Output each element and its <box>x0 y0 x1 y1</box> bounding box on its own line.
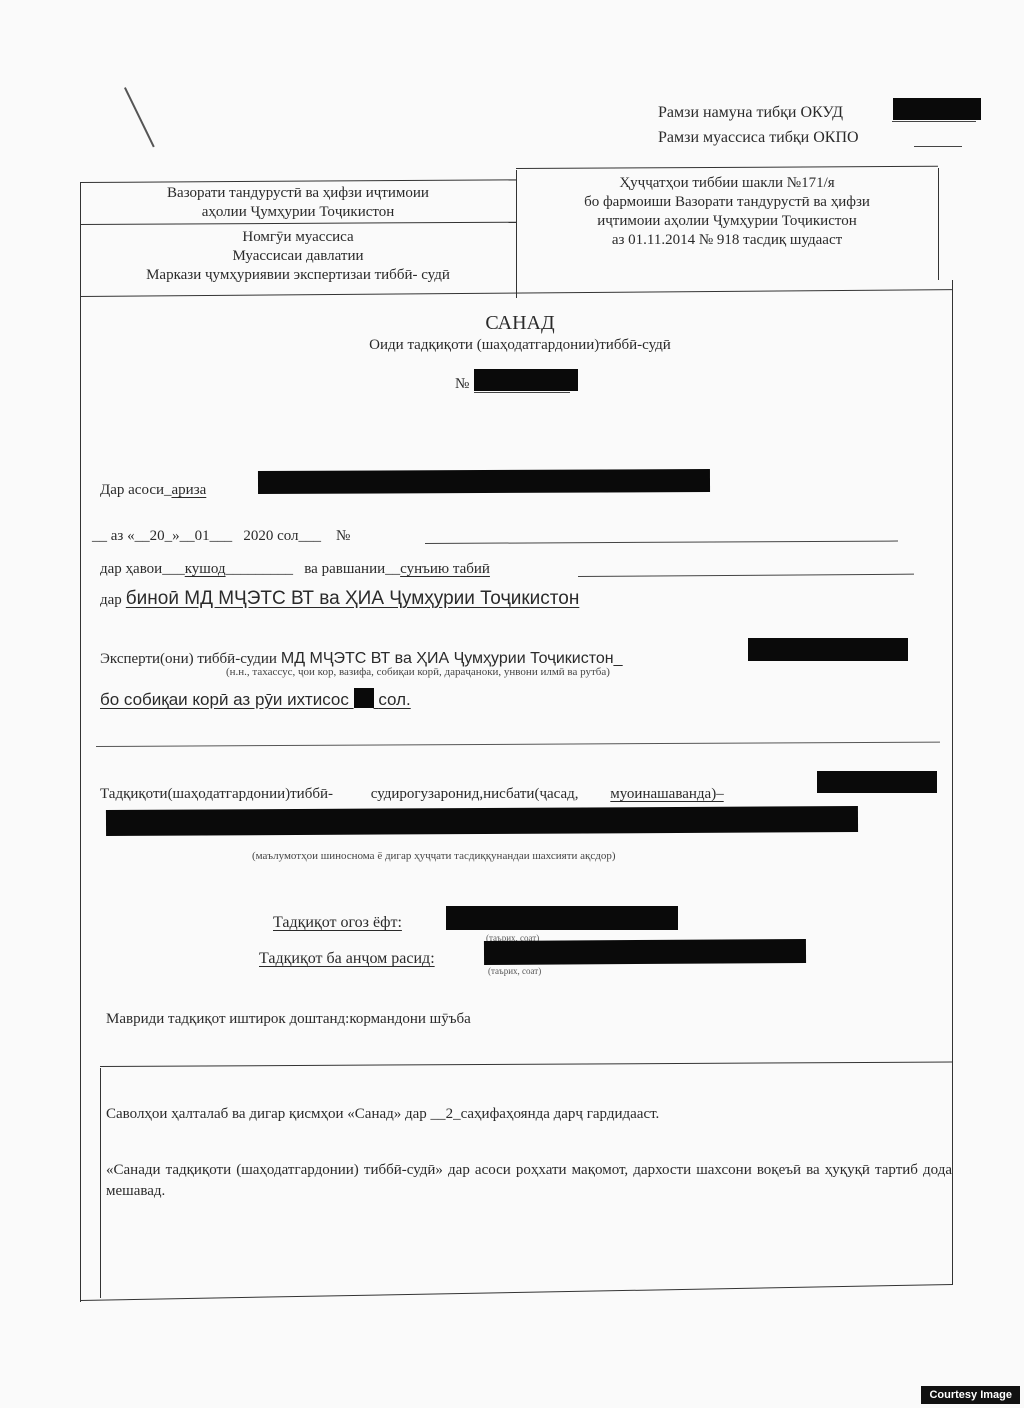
study-end-label: Тадқиқот ба анҷом расид: <box>259 950 435 968</box>
study-start-redaction <box>446 906 678 930</box>
document-subtitle: Оиди тадқиқоти (шаҳодатгардонии)тиббӣ-су… <box>300 337 740 354</box>
identity-redaction <box>106 806 858 836</box>
form-approval-block: Ҳуҷҷатҳои тиббии шакли №171/я бо фармоиш… <box>518 174 936 250</box>
conditions-field: дар ҳавои___кушод_________ ва равшании__… <box>100 561 490 578</box>
okpo-field: Рамзи муассиса тибқи ОКПО <box>658 129 859 147</box>
okpo-underline <box>914 146 962 147</box>
study-label-c: муоинашаванда)– <box>610 786 723 802</box>
experience-value: бо собиқаи корӣ аз рӯи ихтисос сол. <box>100 690 411 709</box>
study-start-label: Тадқиқот огоз ёфт: <box>273 914 402 932</box>
study-end-redaction <box>484 939 806 965</box>
box-top-right <box>516 166 938 169</box>
box-divider <box>516 170 517 298</box>
date-field: __ аз «__20_»__01___ 2020 сол___ № <box>92 528 350 545</box>
experience-years-redaction <box>354 688 374 708</box>
okud-redaction <box>893 98 981 120</box>
date-prefix: __ аз « <box>92 528 135 544</box>
org-line-3: Маркази ҷумҳуриявии экспертизаи тиббӣ- с… <box>82 266 514 285</box>
approval-line-1: Ҳуҷҷатҳои тиббии шакли №171/я <box>518 174 936 193</box>
date-day: 20 <box>150 528 165 544</box>
box-top-left <box>80 179 516 183</box>
experience-suffix: сол. <box>378 690 410 709</box>
document-number-underline <box>474 392 570 393</box>
document-title: САНАД <box>300 312 740 335</box>
image-credit-badge: Courtesy Image <box>921 1386 1020 1404</box>
box-inner-left-edge <box>100 1068 101 1298</box>
experience-field: бо собиқаи корӣ аз рӯи ихтисос сол. <box>100 688 411 710</box>
approval-line-2: бо фармоиши Вазорати тандурустӣ ва ҳифзи <box>518 193 936 212</box>
approval-line-4: аз 01.11.2014 № 918 тасдиқ шудааст <box>518 231 936 250</box>
experience-text: бо собиқаи корӣ аз рӯи ихтисос <box>100 690 349 709</box>
date-number-underline <box>425 541 898 544</box>
document-number-label: № <box>455 376 469 393</box>
okud-field: Рамзи намуна тибқи ОКУД <box>658 104 843 122</box>
location-label: дар <box>100 592 122 608</box>
study-label-b: судирогузаронид,нисбати(ҷасад, <box>371 786 579 802</box>
approval-line-3: иҷтимоии аҳолии Ҷумҳурии Тоҷикистон <box>518 212 936 231</box>
lighting-label: ва равшании <box>304 561 385 577</box>
experts-separator <box>96 742 940 747</box>
experts-value: МД МҶЭТС ВТ ва ҲИА Ҷумҳурии Тоҷикистон_ <box>281 650 623 667</box>
basis-label: Дар асоси <box>100 482 164 498</box>
box-right-edge-top <box>938 168 939 280</box>
participants-separator <box>100 1062 952 1067</box>
pen-stroke-mark <box>124 87 155 147</box>
okpo-label: Рамзи муассиса тибқи ОКПО <box>658 129 859 146</box>
location-value: биноӣ МД МҶЭТС ВТ ва ҲИА Ҷумҳурии Тоҷики… <box>126 588 580 609</box>
issuance-notice: «Санади тадқиқоти (шаҳодатгардонии) тибб… <box>106 1160 952 1202</box>
location-field: дар биноӣ МД МҶЭТС ВТ ва ҲИА Ҷумҳурии То… <box>100 588 579 610</box>
date-number-label: № <box>336 528 350 544</box>
okud-underline <box>892 121 976 122</box>
lighting-value: сунъию табиӣ <box>400 561 490 577</box>
box-bottom-edge <box>80 1284 953 1301</box>
basis-field: Дар асоси_ариза <box>100 482 206 499</box>
identity-hint: (маълумотҳои шиноснома ё дигар ҳуҷҷати т… <box>252 850 616 862</box>
org-line-2: Муассисаи давлатии <box>82 247 514 266</box>
pages-prefix: Саволҳои ҳалталаб ва дигар қисмҳои «Сана… <box>106 1106 446 1122</box>
ministry-line-1: Вазорати тандурустӣ ва ҳифзи иҷтимоии <box>82 184 514 203</box>
weather-value: кушод <box>185 561 226 577</box>
document-title-block: САНАД Оиди тадқиқоти (шаҳодатгардонии)ти… <box>300 312 740 354</box>
study-end-hint: (таърих, соат) <box>488 966 541 976</box>
org-line-1: Номгӯи муассиса <box>82 228 514 247</box>
document-number-redaction <box>474 369 578 391</box>
box-left-edge <box>80 182 81 1302</box>
participants-field: Мавриди тадқиқот иштирок доштанд:корманд… <box>106 1011 471 1028</box>
pages-suffix: _саҳифаҳоянда дарҷ гардидааст. <box>453 1106 659 1122</box>
organization-block: Номгӯи муассиса Муассисаи давлатии Марка… <box>82 228 514 285</box>
experts-hint: (н.н., тахассус, ҷои кор, вазифа, собиқа… <box>226 666 610 678</box>
lighting-underline <box>578 574 914 577</box>
ministry-line-2: аҳолии Ҷумҳурии Тоҷикистон <box>82 203 514 222</box>
study-subject-redaction <box>817 771 937 793</box>
ministry-title: Вазорати тандурустӣ ва ҳифзи иҷтимоии аҳ… <box>82 184 514 222</box>
pages-statement: Саволҳои ҳалталаб ва дигар қисмҳои «Сана… <box>106 1106 659 1123</box>
basis-redaction <box>258 469 710 494</box>
box-right-edge <box>952 280 953 1285</box>
pages-count: 2 <box>446 1106 454 1122</box>
basis-value: ариза <box>172 482 207 498</box>
box-mid-line <box>80 222 516 225</box>
date-year: 2020 сол <box>243 528 298 544</box>
experts-label: Эксперти(они) тиббӣ-судии <box>100 651 277 667</box>
okud-label: Рамзи намуна тибқи ОКУД <box>658 104 843 121</box>
study-label-a: Тадқиқоти(шаҳодатгардонии)тиббӣ- <box>100 786 333 802</box>
weather-label: дар ҳавои <box>100 561 162 577</box>
study-subject-field: Тадқиқоти(шаҳодатгардонии)тиббӣ- судирог… <box>100 786 724 803</box>
experts-redaction <box>748 638 908 661</box>
date-month: 01 <box>195 528 210 544</box>
